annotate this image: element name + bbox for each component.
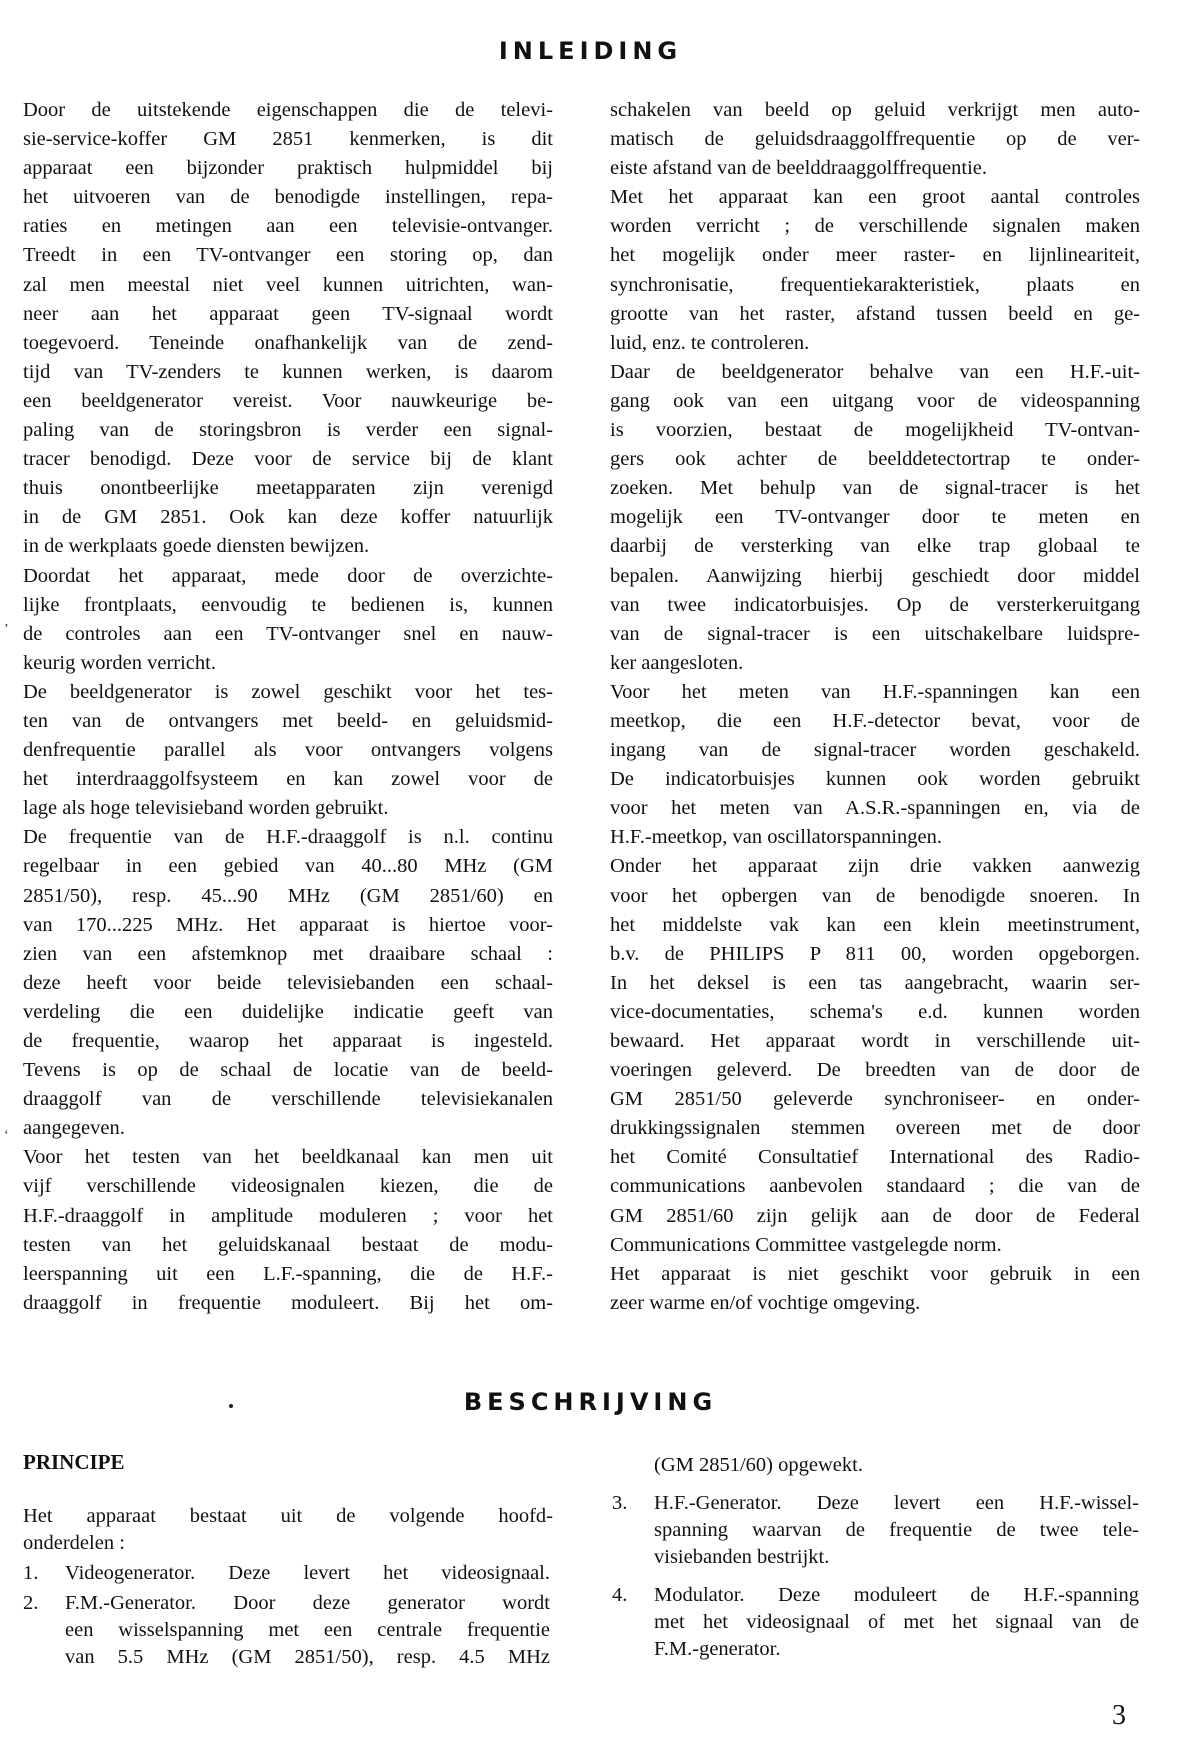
text-line: De frequentie van de H.F.-draaggolf is n… [23, 823, 553, 852]
text-line: visiebanden bestrijkt. [654, 1544, 1139, 1571]
text-line: het middelste vak kan een klein meetinst… [610, 911, 1140, 940]
text-line: denfrequentie parallel als voor ontvange… [23, 736, 553, 765]
text-line: een beeldgenerator vereist. Voor nauwkeu… [23, 387, 553, 416]
text-line: Voor het testen van het beeldkanaal kan … [23, 1143, 553, 1172]
margin-mark: ’ [4, 622, 9, 638]
text-line: drukkingssignalen stemmen overeen met de… [610, 1114, 1140, 1143]
text-line: tijd van TV-zenders te kunnen werken, is… [23, 358, 553, 387]
list-text: Videogenerator. Deze levert het videosig… [65, 1560, 550, 1587]
list-text: Modulator. Deze moduleert de H.F.-spanni… [654, 1582, 1139, 1663]
text-line: ker aangesloten. [610, 649, 1140, 678]
text-line: meetkop, die een H.F.-detector bevat, vo… [610, 707, 1140, 736]
text-line: schakelen van beeld op geluid verkrijgt … [610, 96, 1140, 125]
text-line: De beeldgenerator is zowel geschikt voor… [23, 678, 553, 707]
text-line: deze heeft voor beide televisiebanden ee… [23, 969, 553, 998]
text-line: 2851/50), resp. 45...90 MHz (GM 2851/60)… [23, 882, 553, 911]
inleiding-left-column: Door de uitstekende eigenschappen die de… [23, 96, 553, 1318]
text-line: lijke frontplaats, eenvoudig te bedienen… [23, 591, 553, 620]
text-line: neer aan het apparaat geen TV-signaal wo… [23, 300, 553, 329]
text-line: GM 2851/60 zijn gelijk aan de door de Fe… [610, 1202, 1140, 1231]
text-line: H.F.-draaggolf in amplitude moduleren ; … [23, 1202, 553, 1231]
text-line: mogelijk een TV-ontvanger door te meten … [610, 503, 1140, 532]
text-line: raties en metingen aan een televisie-ont… [23, 212, 553, 241]
list-number: 3. [612, 1490, 627, 1517]
text-line: draaggolf in frequentie moduleert. Bij h… [23, 1289, 553, 1318]
text-line: van 170...225 MHz. Het apparaat is hiert… [23, 911, 553, 940]
section-title-inleiding: INLEIDING [0, 37, 1181, 65]
text-line: testen van het geluidskanaal bestaat de … [23, 1231, 553, 1260]
text-line: Het apparaat bestaat uit de volgende hoo… [23, 1503, 553, 1530]
text-line: leerspanning uit een L.F.-spanning, die … [23, 1260, 553, 1289]
text-line: Door de uitstekende eigenschappen die de… [23, 96, 553, 125]
subheading-principe: PRINCIPE [23, 1450, 125, 1475]
text-line: het Comité Consultatief International de… [610, 1143, 1140, 1172]
text-line: b.v. de PHILIPS P 811 00, worden opgebor… [610, 940, 1140, 969]
text-line: Het apparaat is niet geschikt voor gebru… [610, 1260, 1140, 1289]
list-text: F.M.-Generator. Door deze generator word… [65, 1590, 550, 1671]
text-line: het mogelijk onder meer raster- en lijnl… [610, 241, 1140, 270]
text-line: keurig worden verricht. [23, 649, 553, 678]
text-line: communications aanbevolen standaard ; di… [610, 1172, 1140, 1201]
text-line: regelbaar in een gebied van 40...80 MHz … [23, 852, 553, 881]
text-line: zoeken. Met behulp van de signal-tracer … [610, 474, 1140, 503]
text-line: vijf verschillende videosignalen kiezen,… [23, 1172, 553, 1201]
text-line: Met het apparaat kan een groot aantal co… [610, 183, 1140, 212]
text-line: eiste afstand van de beelddraaggolffrequ… [610, 154, 1140, 183]
page-number: 3 [1112, 1700, 1126, 1732]
margin-mark: ‘ [4, 1128, 9, 1144]
text-line: H.F.-Generator. Deze levert een H.F.-wis… [654, 1490, 1139, 1517]
text-line: in de GM 2851. Ook kan deze koffer natuu… [23, 503, 553, 532]
text-line: luid, enz. te controleren. [610, 329, 1140, 358]
text-line: apparaat een bijzonder praktisch hulpmid… [23, 154, 553, 183]
text-line: verdeling die een duidelijke indicatie g… [23, 998, 553, 1027]
text-line: zal men meestal niet veel kunnen uitrich… [23, 271, 553, 300]
text-line: van 5.5 MHz (GM 2851/50), resp. 4.5 MHz [65, 1644, 550, 1671]
text-line: gers ook achter de beelddetectortrap te … [610, 445, 1140, 474]
text-line: draaggolf van de verschillende televisie… [23, 1085, 553, 1114]
text-line: synchronisatie, frequentiekarakteristiek… [610, 271, 1140, 300]
text-line: aangegeven. [23, 1114, 553, 1143]
list-number: 2. [23, 1590, 38, 1617]
text-line: voor het meten van A.S.R.-spanningen en,… [610, 794, 1140, 823]
text-line: ingang van de signal-tracer worden gesch… [610, 736, 1140, 765]
text-line: is voorzien, bestaat de mogelijkheid TV-… [610, 416, 1140, 445]
text-line: Videogenerator. Deze levert het videosig… [65, 1560, 550, 1587]
text-line: F.M.-generator. [654, 1636, 1139, 1663]
principe-intro: Het apparaat bestaat uit de volgende hoo… [23, 1503, 553, 1557]
text-line: de frequentie, waarop het apparaat is in… [23, 1027, 553, 1056]
text-line: Tevens is op de schaal de locatie van de… [23, 1056, 553, 1085]
text-line: bewaard. Het apparaat wordt in verschill… [610, 1027, 1140, 1056]
text-line: van de signal-tracer is een uitschakelba… [610, 620, 1140, 649]
text-line: het interdraaggolfsysteem en kan zowel v… [23, 765, 553, 794]
text-line: sie-service-koffer GM 2851 kenmerken, is… [23, 125, 553, 154]
text-line: tracer benodigd. Deze voor de service bi… [23, 445, 553, 474]
text-line: in de werkplaats goede diensten bewijzen… [23, 532, 553, 561]
text-line: met het videosignaal of met het signaal … [654, 1609, 1139, 1636]
text-line: Voor het meten van H.F.-spanningen kan e… [610, 678, 1140, 707]
list-item-1: 1.Videogenerator. Deze levert het videos… [23, 1560, 553, 1590]
list-number: 1. [23, 1560, 38, 1587]
text-line: paling van de storingsbron is verder een… [23, 416, 553, 445]
text-line: H.F.-meetkop, van oscillatorspanningen. [610, 823, 1140, 852]
text-line: Doordat het apparaat, mede door de overz… [23, 562, 553, 591]
text-line: worden verricht ; de verschillende signa… [610, 212, 1140, 241]
text-line: grootte van het raster, afstand tussen b… [610, 300, 1140, 329]
text-line: spanning waarvan de frequentie de twee t… [654, 1517, 1139, 1544]
text-line: Communications Committee vastgelegde nor… [610, 1231, 1140, 1260]
text-line: Onder het apparaat zijn drie vakken aanw… [610, 852, 1140, 881]
text-line: daarbij de versterking van elke trap glo… [610, 532, 1140, 561]
text-line: bepalen. Aanwijzing hierbij geschiedt do… [610, 562, 1140, 591]
text-line: vice-documentaties, schema's e.d. kunnen… [610, 998, 1140, 1027]
text-line: De indicatorbuisjes kunnen ook worden ge… [610, 765, 1140, 794]
text-line: matisch de geluidsdraaggolffrequentie op… [610, 125, 1140, 154]
text-line: voeringen geleverd. De breedten van de d… [610, 1056, 1140, 1085]
list-number: 4. [612, 1582, 627, 1609]
list-item-2: 2.F.M.-Generator. Door deze generator wo… [23, 1590, 553, 1680]
text-line: toegevoerd. Teneinde onafhankelijk van d… [23, 329, 553, 358]
text-line: het uitvoeren van de benodigde instellin… [23, 183, 553, 212]
text-line: onderdelen : [23, 1530, 553, 1557]
text-line: voor het opbergen van de benodigde snoer… [610, 882, 1140, 911]
inleiding-right-column: schakelen van beeld op geluid verkrijgt … [610, 96, 1140, 1318]
text-line: een wisselspanning met een centrale freq… [65, 1617, 550, 1644]
text-line: van twee indicatorbuisjes. Op de verster… [610, 591, 1140, 620]
text-line: de controles aan een TV-ontvanger snel e… [23, 620, 553, 649]
text-line: In het deksel is een tas aangebracht, wa… [610, 969, 1140, 998]
text-line: ten van de ontvangers met beeld- en gelu… [23, 707, 553, 736]
list-item-2-continuation: (GM 2851/60) opgewekt. [654, 1452, 863, 1479]
text-line: thuis onontbeerlijke meetapparaten zijn … [23, 474, 553, 503]
text-line: Daar de beeldgenerator behalve van een H… [610, 358, 1140, 387]
text-line: GM 2851/50 geleverde synchroniseer- en o… [610, 1085, 1140, 1114]
text-line: F.M.-Generator. Door deze generator word… [65, 1590, 550, 1617]
list-item-3: 3.H.F.-Generator. Deze levert een H.F.-w… [612, 1490, 1142, 1580]
list-item-4: 4.Modulator. Deze moduleert de H.F.-span… [612, 1582, 1142, 1672]
text-line: Treedt in een TV-ontvanger een storing o… [23, 241, 553, 270]
section-title-beschrijving: BESCHRIJVING [0, 1388, 1181, 1416]
text-line: Modulator. Deze moduleert de H.F.-spanni… [654, 1582, 1139, 1609]
text-line: gang ook van een uitgang voor de videosp… [610, 387, 1140, 416]
list-text: H.F.-Generator. Deze levert een H.F.-wis… [654, 1490, 1139, 1571]
text-line: lage als hoge televisieband worden gebru… [23, 794, 553, 823]
text-line: zeer warme en/of vochtige omgeving. [610, 1289, 1140, 1318]
text-line: zien van een afstemknop met draaibare sc… [23, 940, 553, 969]
